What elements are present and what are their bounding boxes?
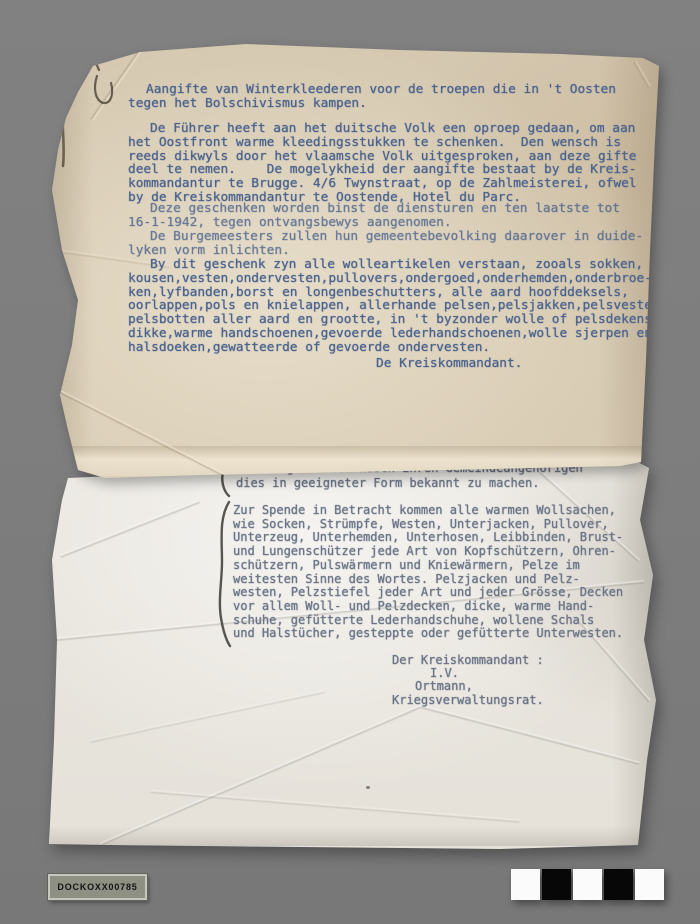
text-line: kousen,vesten,ondervesten,pullovers,onde…	[128, 272, 667, 286]
inventory-code: DOCKOXX00785	[57, 882, 137, 892]
dutch-document-paper: Aangifte van Winterkleederen voor de tro…	[0, 0, 700, 924]
inventory-label: DOCKOXX00785	[48, 874, 147, 900]
dutch-paragraph: Aangifte van Winterkleederen voor de tro…	[128, 83, 616, 111]
text-line: ken,lyfbanden,borst en longenbeschutters…	[128, 286, 667, 300]
text-line: reeds dikwyls door het vlaamsche Volk ui…	[128, 150, 637, 164]
paper-fold-band	[68, 446, 643, 476]
dutch-paragraph: De Burgemeesters zullen hun gemeentebevo…	[128, 230, 643, 258]
text-line: De Führer heeft aan het duitsche Volk ee…	[128, 122, 637, 136]
text-line: 16-1-1942, tegen ontvangsbewys aangenome…	[128, 216, 620, 230]
staple-mark-left	[58, 116, 70, 170]
text-line: dikke,warme handschoenen,gevoerde lederh…	[128, 327, 667, 341]
text-line: Deze geschenken worden binst de dienstur…	[128, 202, 620, 216]
dutch-paragraph: De Führer heeft aan het duitsche Volk ee…	[128, 122, 637, 205]
text-line: deel te nemen. De mogelykheid der aangif…	[128, 163, 637, 177]
text-line: tegen het Bolschivismus kampen.	[128, 97, 616, 111]
dutch-paragraph: By dit geschenk zyn alle wolleartikelen …	[128, 258, 667, 355]
dutch-paragraph: Deze geschenken worden binst de dienstur…	[128, 202, 620, 230]
text-line: By dit geschenk zyn alle wolleartikelen …	[128, 258, 667, 272]
calibration-square-black	[542, 869, 571, 900]
text-line: Aangifte van Winterkleederen voor de tro…	[128, 83, 616, 97]
text-line: oorlappen,pols en knielappen, allerhande…	[128, 299, 667, 313]
staple-mark-top	[86, 50, 126, 110]
calibration-bar	[511, 869, 664, 900]
text-line: lyken vorm inlichten.	[128, 244, 643, 258]
calibration-square-black	[604, 869, 633, 900]
calibration-square-white	[511, 869, 540, 900]
text-line: pelsbotten aller aard en grootte, in 't …	[128, 313, 667, 327]
signature-line: De Kreiskommandant.	[376, 357, 522, 371]
photo-background: Die Bürgemeister haben ihren Gemeindeang…	[0, 0, 700, 924]
calibration-square-white	[635, 869, 664, 900]
dutch-document-sheet: Aangifte van Winterkleederen voor de tro…	[0, 0, 700, 924]
dutch-signature: De Kreiskommandant.	[376, 357, 522, 371]
text-line: De Burgemeesters zullen hun gemeentebevo…	[128, 230, 643, 244]
text-line: kommandantur te Brugge. 4/6 Twynstraat, …	[128, 177, 637, 191]
calibration-square-white	[573, 869, 602, 900]
text-line: halsdoeken,gewatteerde of gevoerde onder…	[128, 341, 667, 355]
text-line: het Oostfront warme kleedingsstukken te …	[128, 136, 637, 150]
